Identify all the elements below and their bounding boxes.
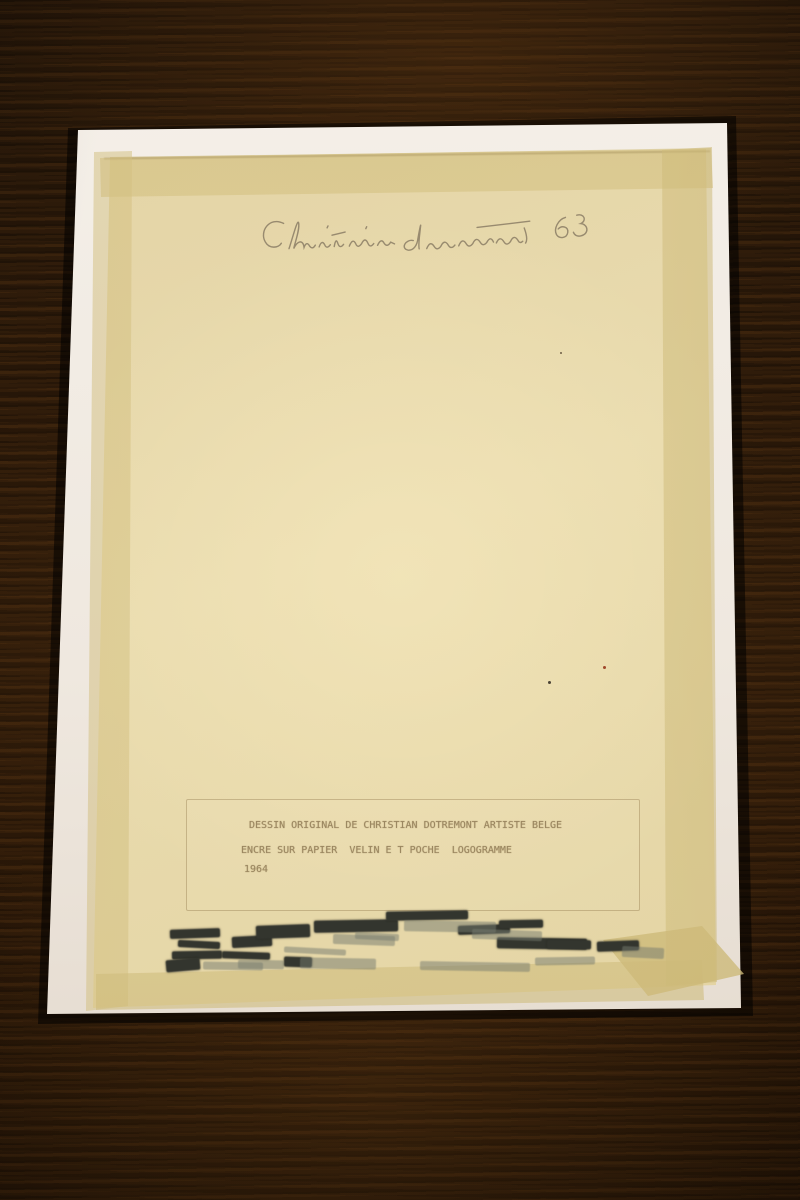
photograph-scene: DESSIN ORIGINAL DE CHRISTIAN DOTREMONT A…: [0, 0, 800, 1200]
paper-speck: [560, 352, 562, 354]
paper-specks: [0, 0, 800, 1200]
paper-speck: [603, 666, 606, 669]
paper-speck: [548, 681, 551, 684]
